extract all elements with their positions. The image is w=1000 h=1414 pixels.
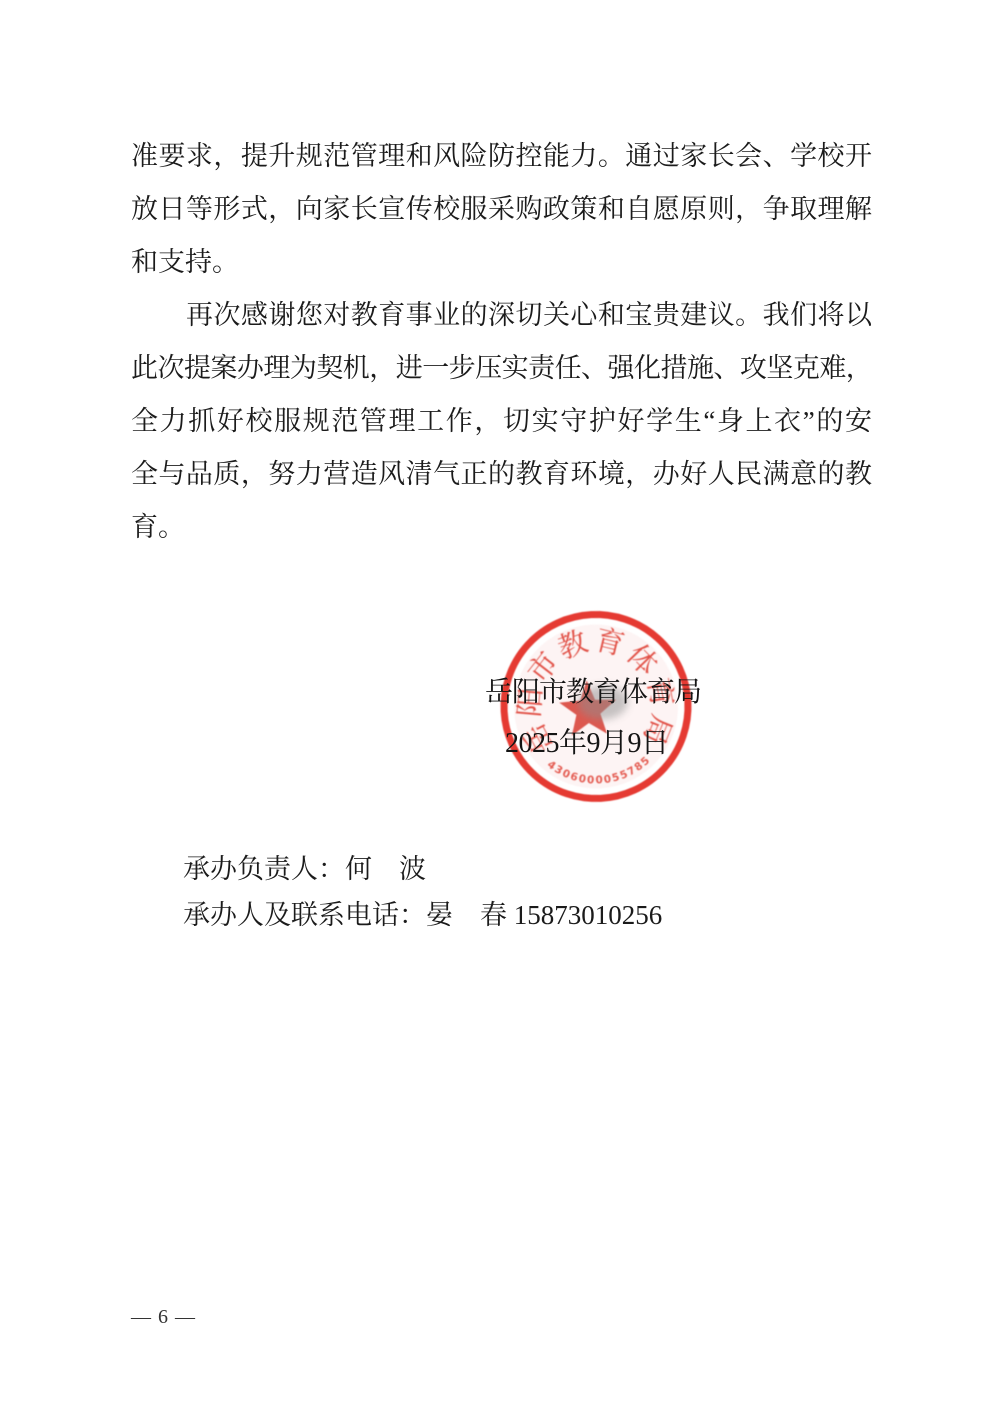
body-line: 此次提案办理为契机，进一步压实责任、强化措施、攻坚克难， xyxy=(131,342,872,395)
body-line: 育。 xyxy=(131,501,872,554)
body-line: 再次感谢您对教育事业的深切关心和宝贵建议。我们将以 xyxy=(131,289,872,342)
body-line: 准要求，提升规范管理和风险防控能力。通过家长会、学校开 xyxy=(131,130,872,183)
body-line: 全与品质，努力营造风清气正的教育环境，办好人民满意的教 xyxy=(131,448,872,501)
contact-handler-line: 承办人及联系电话：晏 春 15873010256 xyxy=(183,892,662,938)
signature-org: 岳阳市教育体育局 xyxy=(485,670,701,710)
contact-manager-line: 承办负责人：何 波 xyxy=(183,846,662,892)
body-line: 全力抓好校服规范管理工作，切实守护好学生“身上衣”的安 xyxy=(131,395,872,448)
page-number: — 6 — xyxy=(131,1306,196,1329)
body-line: 和支持。 xyxy=(131,236,872,289)
document-page: 准要求，提升规范管理和风险防控能力。通过家长会、学校开 放日等形式，向家长宣传校… xyxy=(0,0,1000,1414)
body-line: 放日等形式，向家长宣传校服采购政策和自愿原则，争取理解 xyxy=(131,183,872,236)
letter-body: 准要求，提升规范管理和风险防控能力。通过家长会、学校开 放日等形式，向家长宣传校… xyxy=(131,130,872,554)
signature-date: 2025年9月9日 xyxy=(505,721,669,761)
contact-block: 承办负责人：何 波 承办人及联系电话：晏 春 15873010256 xyxy=(183,846,662,938)
